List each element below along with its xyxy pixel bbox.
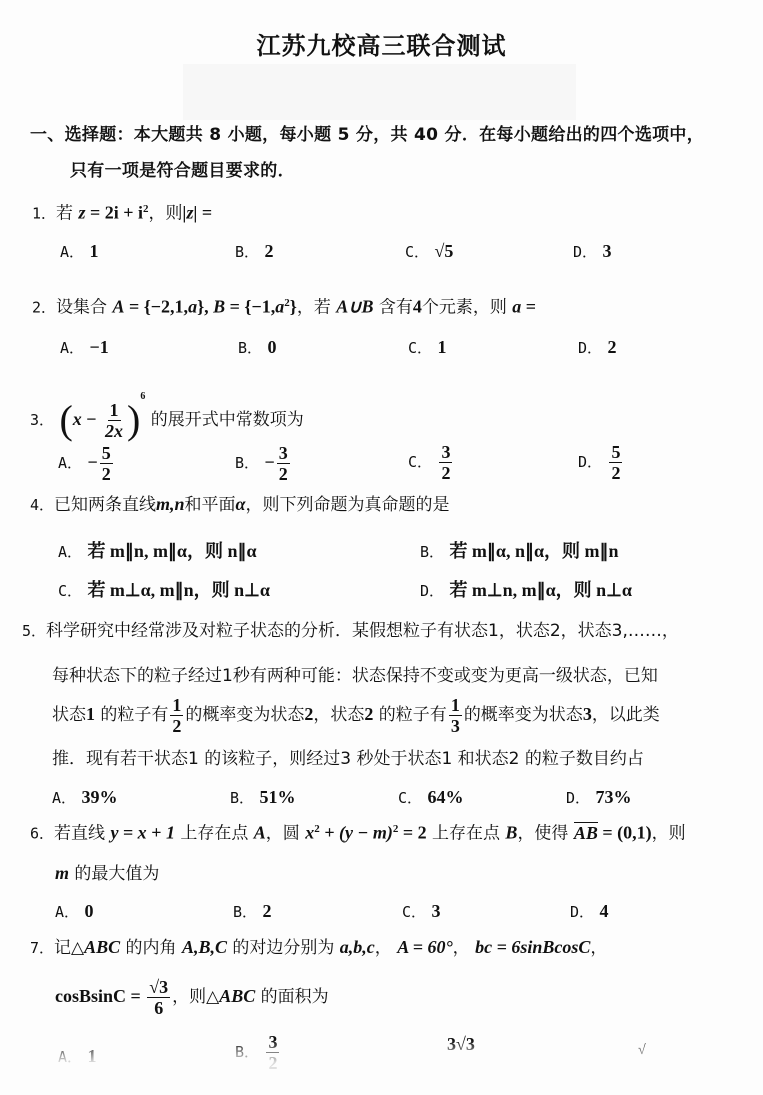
math-var: B	[213, 297, 225, 317]
math: A∪B	[336, 297, 373, 317]
q5-option-c[interactable]: C． 64%	[398, 786, 463, 809]
math: −	[82, 409, 101, 429]
text: 设集合	[56, 298, 112, 318]
fraction: 52	[100, 443, 113, 484]
option-label: C．	[408, 453, 432, 471]
q3-option-c[interactable]: C． 32	[408, 440, 454, 484]
q3-option-a[interactable]: A． −52	[58, 440, 115, 485]
question-3-stem: 3． (x − 12x)6 的展开式中常数项为	[30, 372, 304, 445]
question-number: 5．	[22, 622, 46, 640]
question-6-stem-line2: m 的最大值为	[55, 862, 159, 885]
q2-option-d[interactable]: D． 2	[578, 336, 616, 359]
text: 的粒子有	[373, 705, 446, 725]
question-5-stem-line2: 每种状态下的粒子经过1秒有两种可能：状态保持不变或变为更高一级状态，已知	[52, 665, 658, 687]
math: ABC	[84, 937, 120, 957]
math: = {−2,1,	[124, 297, 188, 317]
question-1-stem: 1．若 z = 2i + i2，则|z| =	[32, 198, 212, 225]
question-5-stem-line4: 推．现有若干状态1 的该粒子，则经过3 秒处于状态1 和状态2 的粒子数目约占	[52, 748, 644, 770]
math: = (0,1)	[598, 823, 652, 843]
option-value: √5	[434, 241, 453, 261]
option-value: 若 m⊥n, m∥α，则 n⊥α	[449, 580, 631, 600]
text: ，	[453, 938, 475, 958]
math: bc = 6sinBcosC	[475, 937, 590, 957]
math-var: x	[73, 409, 82, 429]
option-value: 73%	[595, 787, 631, 807]
option-label: A．	[52, 789, 76, 807]
option-value: 3	[602, 241, 611, 261]
question-number: 2．	[32, 299, 56, 317]
fraction: 32	[277, 443, 290, 484]
option-label: B．	[235, 454, 259, 472]
page-title: 江苏九校高三联合测试	[0, 26, 763, 61]
text: 科学研究中经常涉及对粒子状态的分析．某假想粒子有状态1，状态2，状态3,……，	[46, 621, 679, 641]
option-label: C．	[405, 243, 429, 261]
text: 的概率变为状态	[185, 705, 304, 725]
text: 个元素，则	[422, 298, 512, 318]
math: a,b,c	[340, 937, 375, 957]
text: ，	[590, 938, 607, 958]
option-value: 39%	[81, 787, 117, 807]
math: A = 60°	[397, 937, 452, 957]
bottom-fade-overlay	[0, 1040, 763, 1095]
text: ，则△	[172, 987, 219, 1007]
q6-option-b[interactable]: B． 2	[233, 900, 271, 923]
option-value: 2	[607, 337, 616, 357]
option-label: C．	[58, 582, 82, 600]
q1-option-c[interactable]: C． √5	[405, 240, 453, 263]
option-label: B．	[230, 789, 254, 807]
math: = 2	[398, 823, 426, 843]
question-7-stem-line1: 7．记△ABC 的内角 A,B,C 的对边分别为 a,b,c， A = 60°，…	[30, 936, 607, 959]
q4-option-c[interactable]: C． 若 m⊥α, m∥n，则 n⊥α	[58, 579, 270, 602]
q2-option-c[interactable]: C． 1	[408, 336, 446, 359]
option-value: 1	[89, 241, 98, 261]
q6-option-a[interactable]: A． 0	[55, 900, 93, 923]
q5-option-d[interactable]: D． 73%	[566, 786, 631, 809]
blank-region	[183, 64, 576, 120]
fraction: 52	[609, 442, 622, 483]
text: ，使得	[517, 824, 573, 844]
text: 若直线	[54, 824, 110, 844]
text: 的对边分别为	[227, 938, 340, 958]
fraction: 32	[439, 442, 452, 483]
text: ，以此类	[592, 705, 660, 725]
option-value: 若 m⊥α, m∥n，则 n⊥α	[87, 580, 269, 600]
math: m,n	[156, 494, 185, 514]
section-heading-line2: 只有一项是符合题目要求的．	[70, 160, 295, 182]
q2-option-b[interactable]: B． 0	[238, 336, 276, 359]
math: }	[290, 297, 297, 317]
option-value: 3	[431, 901, 440, 921]
q2-option-a[interactable]: A． −1	[60, 336, 109, 359]
fraction: 12	[170, 695, 183, 736]
q4-option-b[interactable]: B． 若 m∥α, n∥α，则 m∥n	[420, 540, 619, 563]
math-var: a	[188, 297, 197, 317]
math: |z|	[182, 203, 197, 223]
math-var: a	[275, 297, 284, 317]
math-var: a	[512, 297, 521, 317]
question-6-stem-line1: 6．若直线 y = x + 1 上存在点 A，圆 x2 + (y − m)2 =…	[30, 818, 686, 845]
denominator: 2	[170, 716, 183, 736]
text: 上存在点	[175, 824, 254, 844]
text: 的展开式中常数项为	[151, 410, 304, 430]
math-var: A	[112, 297, 124, 317]
text: 的面积为	[255, 987, 328, 1007]
text: ，则	[652, 824, 686, 844]
math: (	[59, 397, 72, 442]
math: },	[197, 297, 213, 317]
q4-option-a[interactable]: A． 若 m∥n, m∥α，则 n∥α	[58, 540, 257, 563]
option-value: 若 m∥n, m∥α，则 n∥α	[87, 541, 256, 561]
text: ，圆	[266, 824, 305, 844]
denominator: 3	[449, 716, 462, 736]
math: 3	[583, 704, 592, 724]
math: )	[127, 397, 140, 442]
option-value: 若 m∥α, n∥α，则 m∥n	[449, 541, 618, 561]
question-2-stem: 2．设集合 A = {−2,1,a}, B = {−1,a2}，若 A∪B 含有…	[32, 292, 536, 319]
section-heading-line1: 一、选择题：本大题共 8 小题，每小题 5 分，共 40 分．在每小题给出的四个…	[30, 124, 704, 146]
q1-option-a[interactable]: A． 1	[60, 240, 98, 263]
text: 上存在点	[427, 824, 506, 844]
math: cosBsinC =	[55, 986, 145, 1006]
math: =	[197, 203, 212, 223]
option-value: 1	[437, 337, 446, 357]
question-7-stem-line2: cosBsinC = √36，则△ABC 的面积为	[55, 972, 329, 1021]
fraction: √36	[147, 977, 170, 1018]
option-label: A．	[60, 339, 84, 357]
text: 若	[56, 204, 73, 224]
text: 的内角	[120, 938, 182, 958]
option-value: 51%	[259, 787, 295, 807]
math: 4	[413, 297, 422, 317]
option-value: 0	[84, 901, 93, 921]
option-label: B．	[235, 243, 259, 261]
math: x	[305, 823, 314, 843]
option-label: D．	[578, 453, 602, 471]
option-label: C．	[402, 903, 426, 921]
q5-option-a[interactable]: A． 39%	[52, 786, 117, 809]
numerator: 1	[170, 695, 183, 716]
math-var: B	[505, 823, 517, 843]
text: 的粒子有	[95, 705, 168, 725]
option-label: D．	[420, 582, 444, 600]
text: ，	[375, 938, 397, 958]
option-label: C．	[408, 339, 432, 357]
text: ，则	[148, 204, 182, 224]
option-label: A．	[58, 454, 82, 472]
option-value: 2	[264, 241, 273, 261]
math: 2i + i	[105, 203, 143, 223]
math: + (y − m)	[320, 823, 393, 843]
numerator: 1	[108, 400, 121, 421]
q1-option-d[interactable]: D． 3	[573, 240, 611, 263]
numerator: 1	[449, 695, 462, 716]
text: ，则下列命题为真命题的是	[246, 495, 450, 515]
text: ，状态	[313, 705, 364, 725]
fraction: 13	[449, 695, 462, 736]
q6-option-c[interactable]: C． 3	[402, 900, 440, 923]
question-number: 6．	[30, 825, 54, 843]
question-5-stem-line3: 状态1 的粒子有12的概率变为状态2，状态2 的粒子有13的概率变为状态3，以此…	[52, 692, 660, 737]
option-value: 64%	[427, 787, 463, 807]
text: 的最大值为	[69, 864, 159, 884]
text: 已知两条直线	[54, 495, 156, 515]
option-label: A．	[55, 903, 79, 921]
math: A,B,C	[182, 937, 227, 957]
text: 状态	[52, 705, 86, 725]
question-number: 4．	[30, 496, 54, 514]
text: 记△	[54, 938, 84, 958]
question-4-stem: 4．已知两条直线m,n和平面α，则下列命题为真命题的是	[30, 493, 450, 516]
exam-page: 江苏九校高三联合测试 一、选择题：本大题共 8 小题，每小题 5 分，共 40 …	[0, 0, 763, 1095]
option-value: −1	[89, 337, 108, 357]
option-label: D．	[570, 903, 594, 921]
option-label: B．	[238, 339, 262, 357]
option-value: 2	[262, 901, 271, 921]
numerator: √3	[147, 977, 170, 998]
math: =	[85, 203, 104, 223]
q5-option-b[interactable]: B． 51%	[230, 786, 295, 809]
option-label: C．	[398, 789, 422, 807]
q6-option-d[interactable]: D． 4	[570, 900, 608, 923]
math: ABC	[219, 986, 255, 1006]
text: 含有	[373, 298, 412, 318]
option-label: D．	[578, 339, 602, 357]
math-var: m	[55, 863, 69, 883]
option-label: A．	[60, 243, 84, 261]
math: =	[521, 297, 536, 317]
option-value: 0	[267, 337, 276, 357]
math-exp: 6	[140, 391, 145, 402]
question-number: 7．	[30, 939, 54, 957]
math: y = x + 1	[110, 823, 175, 843]
option-label: B．	[420, 543, 444, 561]
q3-option-b[interactable]: B． −32	[235, 440, 292, 485]
option-value: 4	[599, 901, 608, 921]
question-number: 1．	[32, 205, 56, 223]
denominator: 2x	[103, 421, 125, 441]
math: 1	[86, 704, 95, 724]
option-label: B．	[233, 903, 257, 921]
math-var: α	[236, 494, 246, 514]
math-var: A	[254, 823, 266, 843]
q1-option-b[interactable]: B． 2	[235, 240, 273, 263]
denominator: 6	[152, 998, 165, 1018]
math: = {−1,	[225, 297, 275, 317]
q4-option-d[interactable]: D． 若 m⊥n, m∥α，则 n⊥α	[420, 579, 632, 602]
vector: AB	[574, 822, 598, 843]
text: 的概率变为状态	[464, 705, 583, 725]
text: ，若	[297, 298, 336, 318]
text: 和平面	[185, 495, 236, 515]
option-label: D．	[566, 789, 590, 807]
q3-option-d[interactable]: D． 52	[578, 440, 624, 484]
question-5-stem-line1: 5．科学研究中经常涉及对粒子状态的分析．某假想粒子有状态1，状态2，状态3,………	[22, 620, 679, 642]
question-number: 3．	[30, 411, 54, 429]
option-label: D．	[573, 243, 597, 261]
fraction: 12x	[103, 400, 125, 441]
option-label: A．	[58, 543, 82, 561]
